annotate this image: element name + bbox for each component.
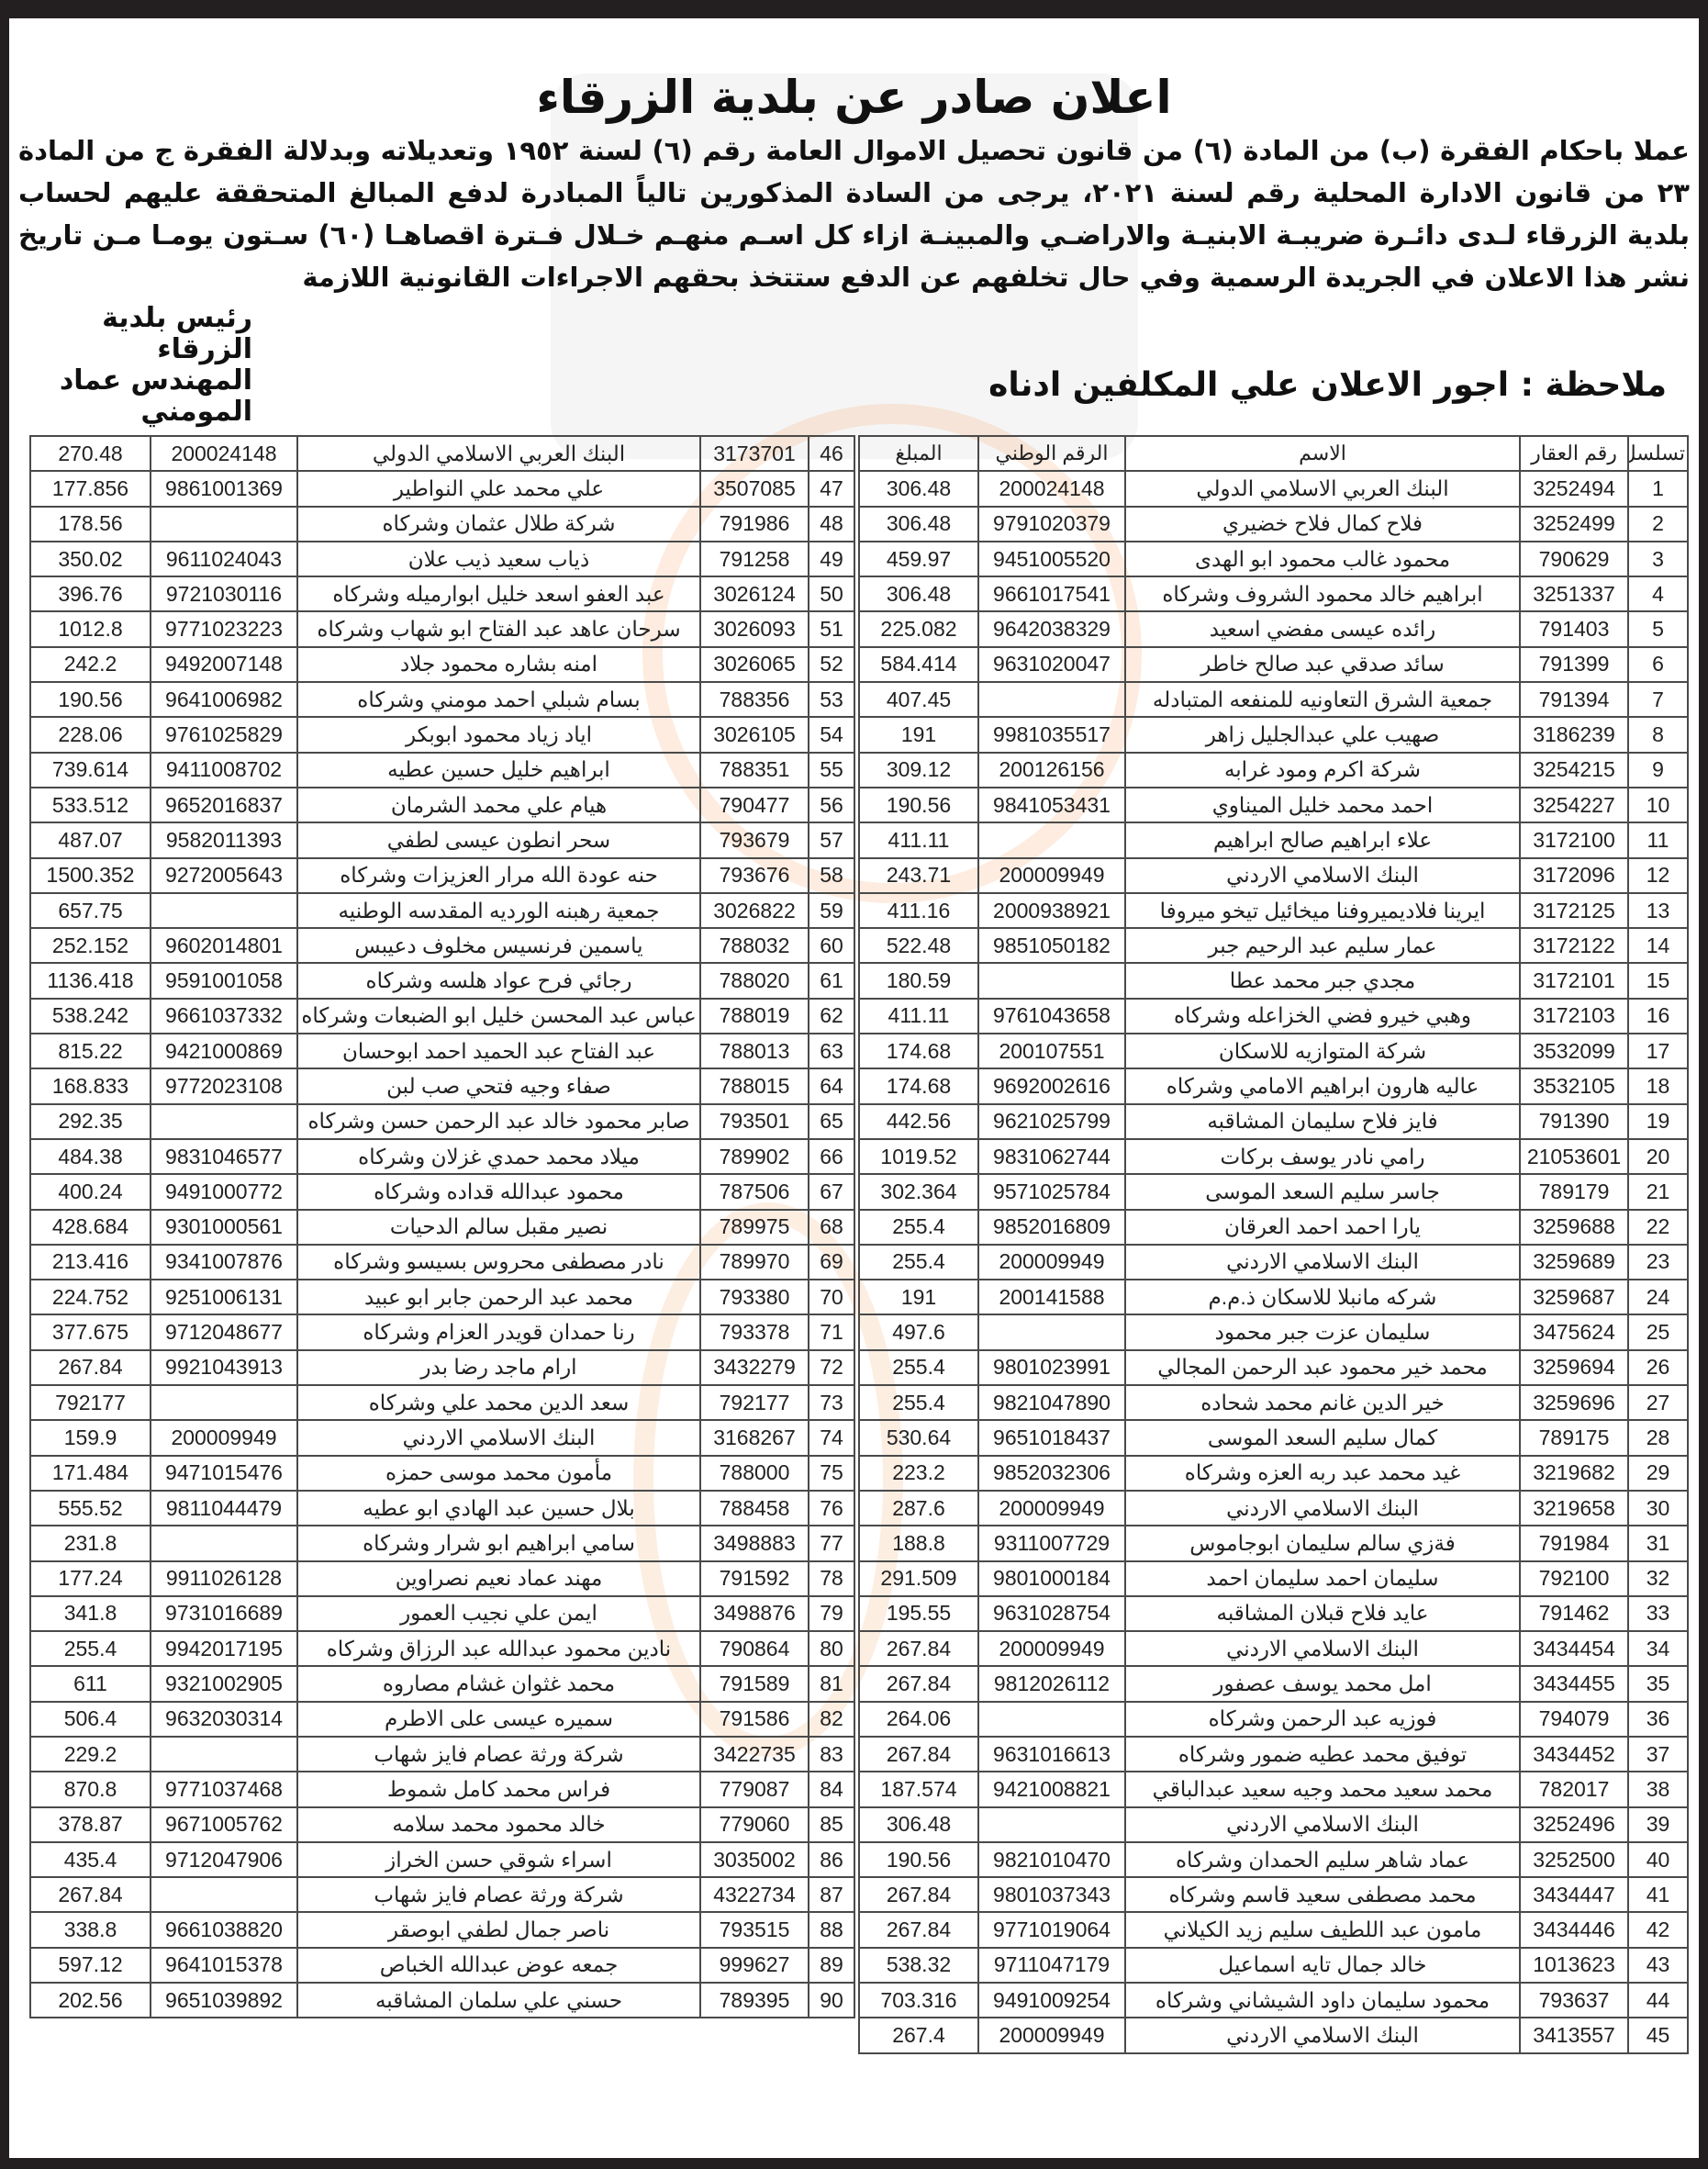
cell-name: صفاء وجيه فتحي صب لبن [297,1068,700,1103]
cell-national-id: 9311007729 [978,1526,1125,1560]
cell-name: ناصر جمال لطفي ابوصقر [297,1912,700,1947]
cell-seq: 64 [809,1068,854,1103]
cell-name: محمود عبدالله قداده وشركاه [297,1174,700,1209]
cell-amount: 225.082 [859,611,978,646]
cell-property-no: 3172103 [1520,999,1628,1034]
cell-seq: 1 [1628,471,1688,506]
cell-name: مجدي جبر محمد عطا [1125,963,1520,998]
cell-national-id [151,893,297,928]
cell-seq: 14 [1628,928,1688,963]
cell-property-no: 791399 [1520,647,1628,682]
taxpayers-table-left: 463173701البنك العربي الاسلامي الدولي200… [29,435,855,2018]
cell-name: البنك الاسلامي الاردني [297,1420,700,1455]
cell-name: سامي ابراهيم ابو شرار وشركاه [297,1526,700,1560]
cell-amount: 171.484 [30,1456,151,1491]
cell-name: ياسمين فرنسيس مخلوف دعيبس [297,928,700,963]
signature-title: رئيس بلدية الزرقاء [32,303,252,365]
cell-amount: 255.4 [859,1210,978,1245]
cell-amount: 255.4 [859,1350,978,1385]
cell-name: يارا احمد احمد العرقان [1125,1210,1520,1245]
cell-seq: 32 [1628,1561,1688,1596]
cell-national-id: 200107551 [978,1034,1125,1068]
table-row: 743168267البنك الاسلامي الاردني200009949… [30,1420,854,1455]
cell-amount: 1500.352 [30,858,151,893]
cell-name: بسام شبلي احمد مومني وشركاه [297,682,700,717]
cell-national-id: 9661038820 [151,1912,297,1947]
cell-name: عبد العفو اسعد خليل ابوارميله وشركاه [297,576,700,611]
cell-property-no: 791586 [700,1702,809,1737]
cell-seq: 55 [809,753,854,788]
cell-property-no: 3026105 [700,717,809,752]
cell-national-id: 9721030116 [151,576,297,611]
cell-seq: 82 [809,1702,854,1737]
cell-national-id: 9821047890 [978,1385,1125,1420]
cell-name: سرحان عاهد عبد الفتاح ابو شهاب وشركاه [297,611,700,646]
cell-name: سميره عيسى على الاطرم [297,1702,700,1737]
cell-national-id: 9421000869 [151,1034,297,1068]
cell-seq: 60 [809,928,854,963]
cell-property-no: 792100 [1520,1561,1628,1596]
cell-amount: 177.856 [30,471,151,506]
table-row: 143172122عمار سليم عبد الرحيم جبر9851050… [859,928,1688,963]
cell-seq: 7 [1628,682,1688,717]
table-row: 23252499فلاح كمال فلاح خضيري979102037930… [859,507,1688,542]
cell-amount: 188.8 [859,1526,978,1560]
cell-amount: 506.4 [30,1702,151,1737]
cell-national-id [151,1526,297,1560]
cell-property-no: 3035002 [700,1842,809,1877]
cell-national-id [978,1807,1125,1842]
header-amount: المبلغ [859,436,978,471]
cell-amount: 223.2 [859,1456,978,1491]
cell-name: البنك الاسلامي الاردني [1125,2018,1520,2052]
cell-seq: 15 [1628,963,1688,998]
table-body-right: 13252494البنك العربي الاسلامي الدولي2000… [859,471,1688,2052]
cell-amount: 159.9 [30,1420,151,1455]
cell-seq: 46 [809,436,854,471]
cell-property-no: 3532099 [1520,1034,1628,1068]
table-row: 513026093سرحان عاهد عبد الفتاح ابو شهاب … [30,611,854,646]
table-row: 5791403رائده عيسى مفضي اسعيد964203832922… [859,611,1688,646]
cell-name: شركه مانبلا للاسكان ذ.م.م [1125,1280,1520,1314]
cell-property-no: 3254227 [1520,788,1628,822]
table-row: 293219682غيد محمد عبد ربه العزه وشركاه98… [859,1456,1688,1491]
cell-amount: 267.84 [859,1666,978,1701]
cell-name: فراس محمد كامل شموط [297,1772,700,1806]
cell-national-id [978,682,1125,717]
table-row: 73792177سعد الدين محمد علي وشركاه792177 [30,1385,854,1420]
cell-name: شركة اكرم ومود غرابه [1125,753,1520,788]
cell-property-no: 791986 [700,507,809,542]
cell-property-no: 793501 [700,1104,809,1139]
cell-amount: 309.12 [859,753,978,788]
table-row: 65793501صابر محمود خالد عبد الرحمن حسن و… [30,1104,854,1139]
cell-national-id: 9641006982 [151,682,297,717]
cell-property-no: 788458 [700,1491,809,1526]
cell-national-id: 9571025784 [978,1174,1125,1209]
cell-amount: 377.675 [30,1314,151,1349]
table-row: 393252496البنك الاسلامي الاردني306.48 [859,1807,1688,1842]
cell-property-no: 791589 [700,1666,809,1701]
cell-amount: 190.56 [859,1842,978,1877]
cell-seq: 85 [809,1807,854,1842]
cell-property-no: 3172125 [1520,893,1628,928]
cell-national-id: 9852016809 [978,1210,1125,1245]
cell-name: خالد محمود محمد سلامه [297,1807,700,1842]
cell-amount: 229.2 [30,1737,151,1772]
table-row: 2021053601رامي نادر يوسف بركات9831062744… [859,1139,1688,1174]
table-header-row: تسلسل رقم العقار الاسم الرقم الوطني المب… [859,436,1688,471]
cell-amount: 428.684 [30,1210,151,1245]
cell-amount: 287.6 [859,1491,978,1526]
cell-name: محمد مصطفى سعيد قاسم وشركاه [1125,1877,1520,1912]
cell-national-id: 9771037468 [151,1772,297,1806]
cell-name: سليمان عزت جبر محمود [1125,1314,1520,1349]
cell-amount: 487.07 [30,822,151,857]
table-row: 413434447محمد مصطفى سعيد قاسم وشركاه9801… [859,1877,1688,1912]
cell-property-no: 3413557 [1520,2018,1628,2052]
cell-seq: 6 [1628,647,1688,682]
cell-seq: 43 [1628,1948,1688,1983]
table-row: 543026105اياد زياد محمود ابوبكر976102582… [30,717,854,752]
cell-name: محمد عبد الرحمن جابر ابو عبيد [297,1280,700,1314]
cell-property-no: 3026065 [700,647,809,682]
cell-amount: 538.32 [859,1948,978,1983]
cell-property-no: 3026124 [700,576,809,611]
cell-amount: 187.574 [859,1772,978,1806]
cell-property-no: 792177 [700,1385,809,1420]
cell-name: علي محمد علي النواطير [297,471,700,506]
table-row: 78791592مهند عماد نعيم نصراوين9911026128… [30,1561,854,1596]
cell-name: رجائي فرح عواد هلسه وشركاه [297,963,700,998]
cell-amount: 657.75 [30,893,151,928]
cell-seq: 67 [809,1174,854,1209]
cell-seq: 16 [1628,999,1688,1034]
cell-national-id: 9272005643 [151,858,297,893]
header-national-id: الرقم الوطني [978,436,1125,471]
cell-amount: 195.55 [859,1596,978,1631]
cell-seq: 40 [1628,1842,1688,1877]
cell-name: ميلاد محمد حمدي غزلان وشركاه [297,1139,700,1174]
cell-national-id: 200009949 [978,2018,1125,2052]
frame-left-border [0,0,9,2169]
cell-name: شركة المتوازيه للاسكان [1125,1034,1520,1068]
cell-property-no: 789902 [700,1139,809,1174]
cell-seq: 53 [809,682,854,717]
cell-name: خالد جمال تايه اسماعيل [1125,1948,1520,1983]
cell-seq: 41 [1628,1877,1688,1912]
cell-seq: 76 [809,1491,854,1526]
cell-national-id: 9251006131 [151,1280,297,1314]
cell-property-no: 788013 [700,1034,809,1068]
cell-property-no: 788356 [700,682,809,717]
table-row: 44793637محمود سليمان داود الشيشاني وشركا… [859,1983,1688,2018]
cell-national-id: 9661037332 [151,999,297,1034]
cell-amount: 213.416 [30,1245,151,1280]
cell-seq: 37 [1628,1737,1688,1772]
cell-seq: 22 [1628,1210,1688,1245]
cell-property-no: 789395 [700,1983,809,2018]
cell-property-no: 3172100 [1520,822,1628,857]
table-row: 183532105عاليه هارون ابراهيم الامامي وشر… [859,1068,1688,1103]
cell-national-id: 2000938921 [978,893,1125,928]
cell-name: سحر انطون عيسى لطفي [297,822,700,857]
cell-property-no: 791592 [700,1561,809,1596]
table-row: 874322734شركة ورثة عصام فايز شهاب267.84 [30,1877,854,1912]
frame-top-border [0,0,1708,18]
cell-seq: 56 [809,788,854,822]
cell-amount: 191 [859,1280,978,1314]
cell-name: عباس عبد المحسن خليل ابو الضبعات وشركاه [297,999,700,1034]
cell-national-id: 9712048677 [151,1314,297,1349]
cell-name: ارام ماجد رضا بدر [297,1350,700,1385]
cell-name: البنك العربي الاسلامي الدولي [297,436,700,471]
table-row: 233259689البنك الاسلامي الاردني200009949… [859,1245,1688,1280]
table-row: 223259688يارا احمد احمد العرقان985201680… [859,1210,1688,1245]
cell-national-id: 9831062744 [978,1139,1125,1174]
cell-seq: 25 [1628,1314,1688,1349]
cell-amount: 533.512 [30,788,151,822]
table-row: 68789975نصير مقبل سالم الدحيات9301000561… [30,1210,854,1245]
cell-national-id: 200024148 [151,436,297,471]
cell-property-no: 4322734 [700,1877,809,1912]
cell-property-no: 3172122 [1520,928,1628,963]
frame-bottom-border [0,2158,1708,2169]
cell-national-id: 9831046577 [151,1139,297,1174]
cell-seq: 44 [1628,1983,1688,2018]
cell-national-id: 9841053431 [978,788,1125,822]
cell-seq: 90 [809,1983,854,2018]
table-row: 431013623خالد جمال تايه اسماعيل971104717… [859,1948,1688,1983]
cell-name: عمار سليم عبد الرحيم جبر [1125,928,1520,963]
cell-seq: 30 [1628,1491,1688,1526]
cell-national-id: 9921043913 [151,1350,297,1385]
cell-national-id: 9942017195 [151,1631,297,1666]
cell-name: شركة طلال عثمان وشركاه [297,507,700,542]
table-row: 133172125ايرينا فلاديميروفنا ميخائيل تيخ… [859,893,1688,928]
cell-seq: 3 [1628,542,1688,576]
cell-national-id: 200009949 [978,858,1125,893]
cell-amount: 177.24 [30,1561,151,1596]
cell-name: هيام علي محمد الشرمان [297,788,700,822]
cell-name: وهبي خيرو فضي الخزاعله وشركاه [1125,999,1520,1034]
cell-name: ابراهيم خالد محمود الشروف وشركاه [1125,576,1520,611]
cell-name: فوزيه عبد الرحمن وشركاه [1125,1702,1520,1737]
table-row: 67787506محمود عبدالله قداده وشركاه949100… [30,1174,854,1209]
cell-amount: 267.84 [859,1912,978,1947]
cell-property-no: 3532105 [1520,1068,1628,1103]
cell-seq: 31 [1628,1526,1688,1560]
cell-name: البنك العربي الاسلامي الدولي [1125,471,1520,506]
table-row: 32792100سليمان احمد سليمان احمد980100018… [859,1561,1688,1596]
cell-national-id: 200009949 [978,1631,1125,1666]
cell-name: شركة ورثة عصام فايز شهاب [297,1877,700,1912]
cell-seq: 18 [1628,1068,1688,1103]
cell-seq: 9 [1628,753,1688,788]
cell-amount: 180.59 [859,963,978,998]
table-row: 71793378رنا حمدان قويدر العزام وشركاه971… [30,1314,854,1349]
cell-seq: 28 [1628,1420,1688,1455]
cell-seq: 17 [1628,1034,1688,1068]
cell-amount: 174.68 [859,1034,978,1068]
cell-amount: 435.4 [30,1842,151,1877]
cell-seq: 89 [809,1948,854,1983]
table-row: 38782017محمد سعيد محمد وجيه سعيد عبدالبا… [859,1772,1688,1806]
cell-property-no: 787506 [700,1174,809,1209]
cell-name: البنك الاسلامي الاردني [1125,858,1520,893]
table-row: 593026822جمعية رهبنه الورديه المقدسه الو… [30,893,854,928]
frame-right-border [1699,0,1708,2169]
cell-amount: 302.364 [859,1174,978,1209]
cell-amount: 400.24 [30,1174,151,1209]
table-row: 453413557البنك الاسلامي الاردني200009949… [859,2018,1688,2052]
cell-amount: 242.2 [30,647,151,682]
cell-name: جمعية الشرق التعاونيه للمنفعه المتبادله [1125,682,1520,717]
cell-amount: 522.48 [859,928,978,963]
cell-amount: 252.152 [30,928,151,963]
cell-national-id: 9341007876 [151,1245,297,1280]
cell-seq: 81 [809,1666,854,1701]
cell-national-id [978,1314,1125,1349]
cell-amount: 178.56 [30,507,151,542]
header-property-no: رقم العقار [1520,436,1628,471]
cell-name: جاسر سليم السعد الموسى [1125,1174,1520,1209]
table-row: 82791586سميره عيسى على الاطرم96320303145… [30,1702,854,1737]
table-row: 57793679سحر انطون عيسى لطفي9582011393487… [30,822,854,857]
cell-seq: 13 [1628,893,1688,928]
cell-seq: 20 [1628,1139,1688,1174]
cell-national-id: 9491000772 [151,1174,297,1209]
cell-amount: 338.8 [30,1912,151,1947]
cell-name: عبد الفتاح عبد الحميد احمد ابوحسان [297,1034,700,1068]
table-row: 7791394جمعية الشرق التعاونيه للمنفعه الم… [859,682,1688,717]
cell-property-no: 999627 [700,1948,809,1983]
cell-property-no: 3432279 [700,1350,809,1385]
cell-amount: 341.8 [30,1596,151,1631]
table-row: 773498883سامي ابراهيم ابو شرار وشركاه231… [30,1526,854,1560]
cell-name: توفيق محمد عطيه ضمور وشركاه [1125,1737,1520,1772]
cell-name: حنه عودة الله مرار العزيزات وشركاه [297,858,700,893]
cell-property-no: 791390 [1520,1104,1628,1139]
cell-seq: 49 [809,542,854,576]
cell-property-no: 3186239 [1520,717,1628,752]
cell-seq: 27 [1628,1385,1688,1420]
cell-national-id: 9642038329 [978,611,1125,646]
cell-name: امل محمد يوسف عصفور [1125,1666,1520,1701]
cell-property-no: 3422735 [700,1737,809,1772]
cell-name: غيد محمد عبد ربه العزه وشركاه [1125,1456,1520,1491]
table-row: 373434452توفيق محمد عطيه ضمور وشركاه9631… [859,1737,1688,1772]
cell-name: سائد صدقي عبد صالح خاطر [1125,647,1520,682]
cell-national-id: 9582011393 [151,822,297,857]
cell-property-no: 788019 [700,999,809,1034]
cell-property-no: 791462 [1520,1596,1628,1631]
table-row: 863035002اسراء شوقي حسن الخراز9712047906… [30,1842,854,1877]
cell-amount: 255.4 [30,1631,151,1666]
announcement-body: عملا باحكام الفقرة (ب) من المادة (٦) من … [18,129,1690,298]
cell-seq: 2 [1628,507,1688,542]
cell-seq: 8 [1628,717,1688,752]
cell-amount: 174.68 [859,1068,978,1103]
cell-name: البنك الاسلامي الاردني [1125,1245,1520,1280]
table-row: 6791399سائد صدقي عبد صالح خاطر9631020047… [859,647,1688,682]
cell-property-no: 788351 [700,753,809,788]
cell-national-id: 9321002905 [151,1666,297,1701]
cell-name: مهند عماد نعيم نصراوين [297,1561,700,1596]
cell-name: البنك الاسلامي الاردني [1125,1491,1520,1526]
cell-name: علاء ابراهيم صالح ابراهيم [1125,822,1520,857]
cell-name: سعد الدين محمد علي وشركاه [297,1385,700,1420]
cell-national-id: 9801037343 [978,1877,1125,1912]
table-row: 76788458بلال حسين عبد الهادي ابو عطيه981… [30,1491,854,1526]
cell-property-no: 789179 [1520,1174,1628,1209]
cell-property-no: 779060 [700,1807,809,1842]
cell-seq: 68 [809,1210,854,1245]
table-row: 21789179جاسر سليم السعد الموسى9571025784… [859,1174,1688,1209]
cell-property-no: 3259688 [1520,1210,1628,1245]
cell-property-no: 793515 [700,1912,809,1947]
cell-amount: 202.56 [30,1983,151,2018]
cell-national-id: 9621025799 [978,1104,1125,1139]
cell-property-no: 3168267 [700,1420,809,1455]
cell-property-no: 3026093 [700,611,809,646]
cell-amount: 815.22 [30,1034,151,1068]
cell-amount: 270.48 [30,436,151,471]
cell-national-id: 9821010470 [978,1842,1125,1877]
cell-amount: 407.45 [859,682,978,717]
cell-amount: 224.752 [30,1280,151,1314]
table-row: 163172103وهبي خيرو فضي الخزاعله وشركاه97… [859,999,1688,1034]
cell-property-no: 788000 [700,1456,809,1491]
cell-national-id: 200009949 [978,1491,1125,1526]
cell-name: رائده عيسى مفضي اسعيد [1125,611,1520,646]
table-row: 353434455امل محمد يوسف عصفور981202611226… [859,1666,1688,1701]
cell-seq: 75 [809,1456,854,1491]
cell-name: محمد خير محمود عبد الرحمن المجالي [1125,1350,1520,1385]
cell-amount: 231.8 [30,1526,151,1560]
cell-name: اسراء شوقي حسن الخراز [297,1842,700,1877]
cell-property-no: 782017 [1520,1772,1628,1806]
cell-property-no: 793679 [700,822,809,857]
cell-amount: 350.02 [30,542,151,576]
cell-amount: 267.84 [859,1877,978,1912]
cell-amount: 1012.8 [30,611,151,646]
cell-seq: 59 [809,893,854,928]
cell-property-no: 3259687 [1520,1280,1628,1314]
table-row: 3790629محمود غالب محمود ابو الهدى9451005… [859,542,1688,576]
cell-amount: 267.84 [30,1350,151,1385]
cell-amount: 1019.52 [859,1139,978,1174]
cell-property-no: 3507085 [700,471,809,506]
cell-name: شركة ورثة عصام فايز شهاب [297,1737,700,1772]
cell-name: صهيب علي عبدالجليل زاهر [1125,717,1520,752]
table-row: 83186239صهيب علي عبدالجليل زاهر998103551… [859,717,1688,752]
cell-national-id: 200141588 [978,1280,1125,1314]
cell-property-no: 3434452 [1520,1737,1628,1772]
table-row: 43251337ابراهيم خالد محمود الشروف وشركاه… [859,576,1688,611]
cell-amount: 442.56 [859,1104,978,1139]
cell-property-no: 1013623 [1520,1948,1628,1983]
cell-seq: 62 [809,999,854,1034]
cell-amount: 497.6 [859,1314,978,1349]
cell-national-id: 9652016837 [151,788,297,822]
table-row: 63788013عبد الفتاح عبد الحميد احمد ابوحس… [30,1034,854,1068]
cell-property-no: 793676 [700,858,809,893]
cell-property-no: 788015 [700,1068,809,1103]
cell-name: رامي نادر يوسف بركات [1125,1139,1520,1174]
cell-name: نصير مقبل سالم الدحيات [297,1210,700,1245]
cell-name: رنا حمدان قويدر العزام وشركاه [297,1314,700,1349]
